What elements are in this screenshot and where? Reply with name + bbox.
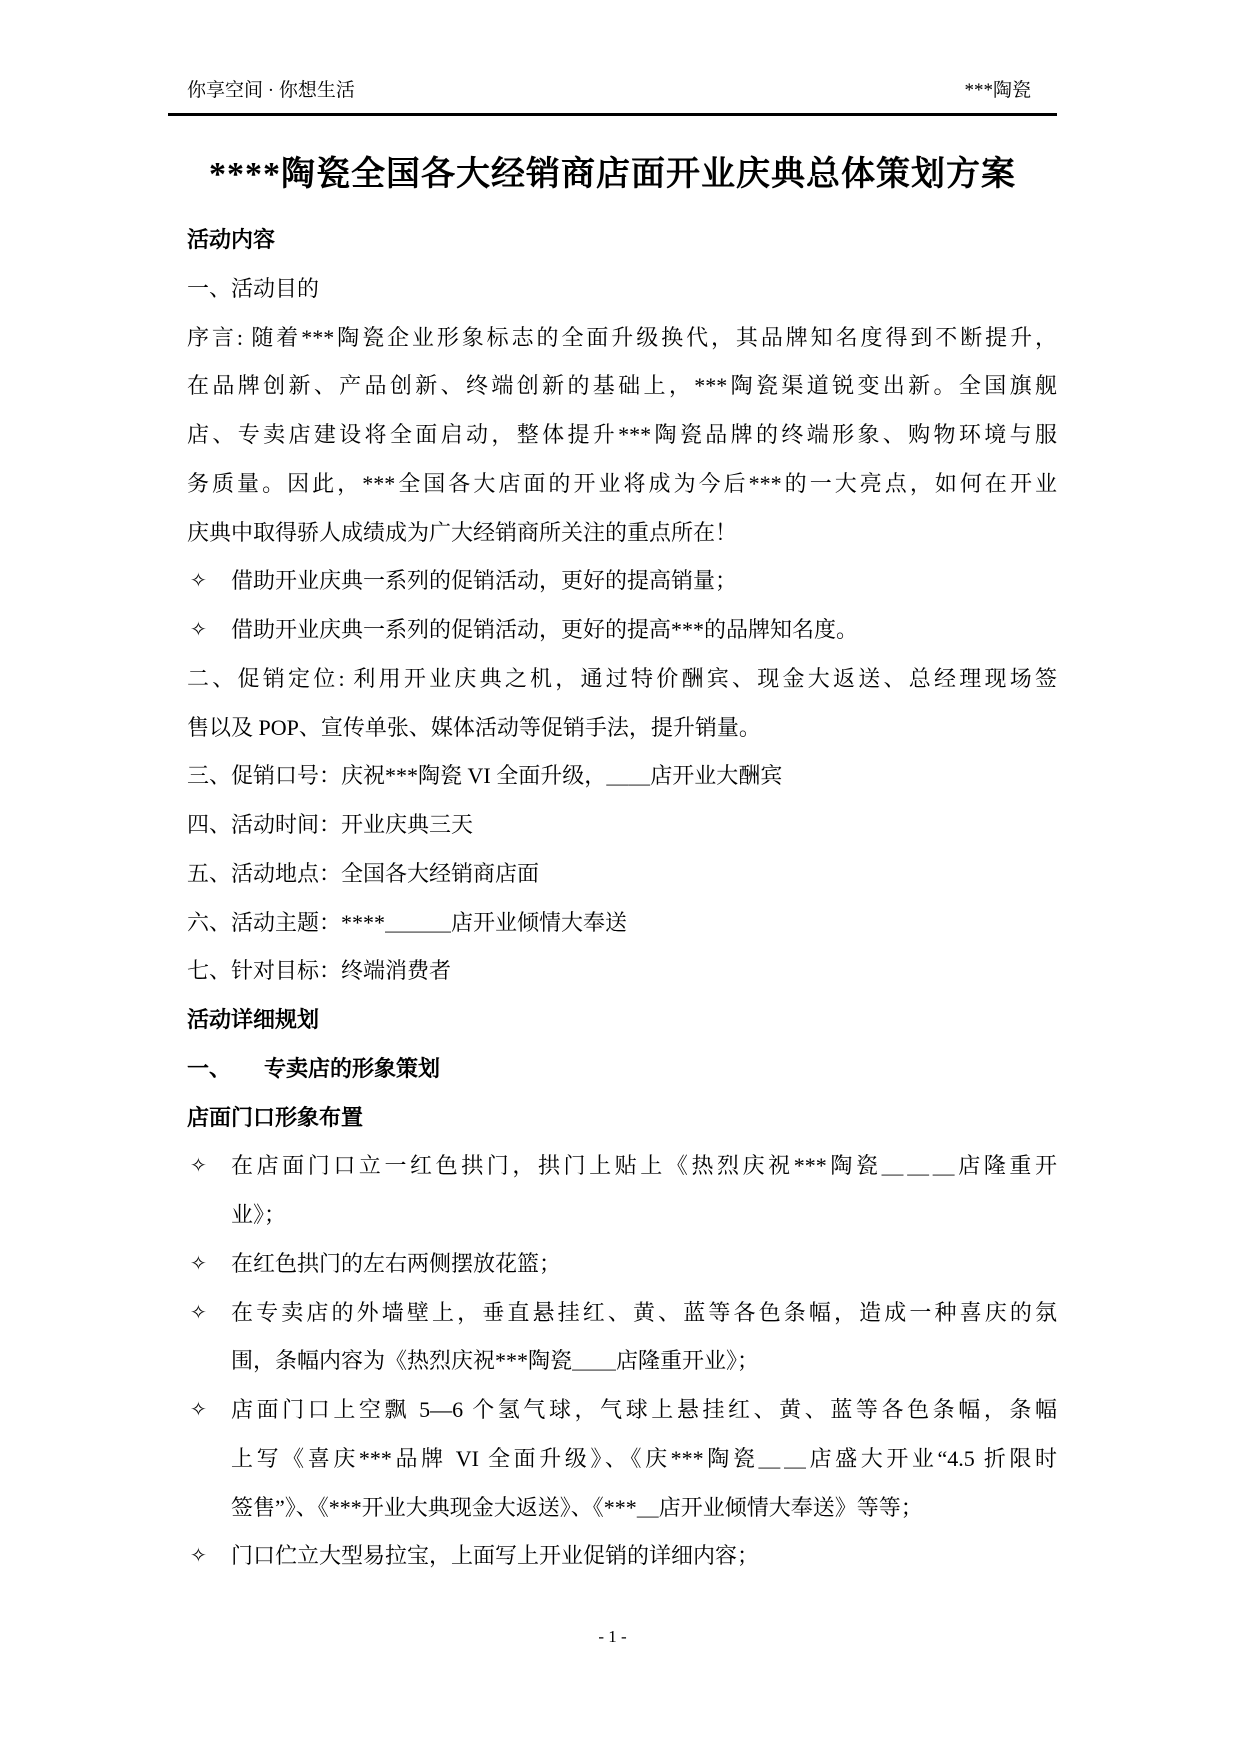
- doc-line: 五、活动地点：全国各大经销商店面: [187, 850, 1057, 899]
- doc-line: 业》；: [187, 1191, 1057, 1240]
- doc-title: ****陶瓷全国各大经销商店面开业庆典总体策划方案: [168, 152, 1057, 198]
- page-number: - 1 -: [168, 1626, 1057, 1648]
- bullet-diamond-icon: ✧: [190, 557, 207, 606]
- doc-body: 活动内容 一、活动目的 序言: 随着***陶瓷企业形象标志的全面升级换代，其品牌…: [187, 216, 1057, 1581]
- bullet-item: ✧ 店面门口上空飘 5—6 个氢气球，气球上悬挂红、黄、蓝等各色条幅，条幅: [187, 1386, 1057, 1435]
- bullet-item: ✧ 在红色拱门的左右两侧摆放花篮；: [187, 1240, 1057, 1289]
- section-heading: 活动详细规划: [187, 996, 1057, 1045]
- doc-line: 三、促销口号：庆祝***陶瓷 VI 全面升级，＿＿店开业大酬宾: [187, 752, 1057, 801]
- doc-line: 售以及 POP、宣传单张、媒体活动等促销手法，提升销量。: [187, 704, 1057, 753]
- doc-line: 签售”》、《***开业大典现金大返送》、《***＿店开业倾情大奉送》等等；: [187, 1484, 1057, 1533]
- bullet-item: ✧ 借助开业庆典一系列的促销活动，更好的提高***的品牌知名度。: [187, 606, 1057, 655]
- bullet-diamond-icon: ✧: [190, 606, 207, 655]
- doc-line: 二、促销定位: 利用开业庆典之机，通过特价酬宾、现金大返送、总经理现场签: [187, 655, 1057, 704]
- page-header: 你享空间 · 你想生活 ***陶瓷: [168, 78, 1057, 104]
- doc-line: 店、专卖店建设将全面启动，整体提升***陶瓷品牌的终端形象、购物环境与服: [187, 411, 1057, 460]
- doc-line: 上写《喜庆***品牌 VI 全面升级》、《庆***陶瓷＿＿店盛大开业“4.5 折…: [187, 1435, 1057, 1484]
- doc-line: 围，条幅内容为《热烈庆祝***陶瓷＿＿店隆重开业》；: [187, 1337, 1057, 1386]
- section-heading: 店面门口形象布置: [187, 1094, 1057, 1143]
- bullet-diamond-icon: ✧: [190, 1142, 207, 1191]
- bullet-diamond-icon: ✧: [190, 1289, 207, 1338]
- doc-line: 庆典中取得骄人成绩成为广大经销商所关注的重点所在！: [187, 509, 1057, 558]
- header-slogan: 你享空间 · 你想生活: [168, 78, 355, 104]
- bullet-text: 店面门口上空飘 5—6 个氢气球，气球上悬挂红、黄、蓝等各色条幅，条幅: [231, 1386, 1057, 1435]
- doc-line: 一、活动目的: [187, 265, 1057, 314]
- bullet-item: ✧ 借助开业庆典一系列的促销活动，更好的提高销量；: [187, 557, 1057, 606]
- bullet-item: ✧ 门口伫立大型易拉宝，上面写上开业促销的详细内容；: [187, 1532, 1057, 1581]
- doc-line: 序言: 随着***陶瓷企业形象标志的全面升级换代，其品牌知名度得到不断提升，: [187, 314, 1057, 363]
- section-heading: 一、 专卖店的形象策划: [187, 1045, 1057, 1094]
- bullet-text: 在专卖店的外墙壁上，垂直悬挂红、黄、蓝等各色条幅，造成一种喜庆的氛: [231, 1289, 1057, 1338]
- bullet-diamond-icon: ✧: [190, 1386, 207, 1435]
- bullet-text: 借助开业庆典一系列的促销活动，更好的提高***的品牌知名度。: [231, 606, 1057, 655]
- header-brand: ***陶瓷: [964, 78, 1057, 104]
- bullet-item: ✧ 在专卖店的外墙壁上，垂直悬挂红、黄、蓝等各色条幅，造成一种喜庆的氛: [187, 1289, 1057, 1338]
- doc-line: 七、针对目标：终端消费者: [187, 947, 1057, 996]
- bullet-diamond-icon: ✧: [190, 1532, 207, 1581]
- bullet-text: 门口伫立大型易拉宝，上面写上开业促销的详细内容；: [231, 1532, 1057, 1581]
- doc-line: 在品牌创新、产品创新、终端创新的基础上，***陶瓷渠道锐变出新。全国旗舰: [187, 362, 1057, 411]
- bullet-text: 借助开业庆典一系列的促销活动，更好的提高销量；: [231, 557, 1057, 606]
- bullet-text: 在店面门口立一红色拱门，拱门上贴上《热烈庆祝***陶瓷＿＿＿店隆重开: [231, 1142, 1057, 1191]
- doc-line: 务质量。因此，***全国各大店面的开业将成为今后***的一大亮点，如何在开业: [187, 460, 1057, 509]
- doc-line: 六、活动主题：****＿＿＿店开业倾情大奉送: [187, 899, 1057, 948]
- doc-line: 四、活动时间：开业庆典三天: [187, 801, 1057, 850]
- bullet-item: ✧ 在店面门口立一红色拱门，拱门上贴上《热烈庆祝***陶瓷＿＿＿店隆重开: [187, 1142, 1057, 1191]
- header-rule: [168, 113, 1057, 116]
- bullet-text: 在红色拱门的左右两侧摆放花篮；: [231, 1240, 1057, 1289]
- bullet-diamond-icon: ✧: [190, 1240, 207, 1289]
- section-heading: 活动内容: [187, 216, 1057, 265]
